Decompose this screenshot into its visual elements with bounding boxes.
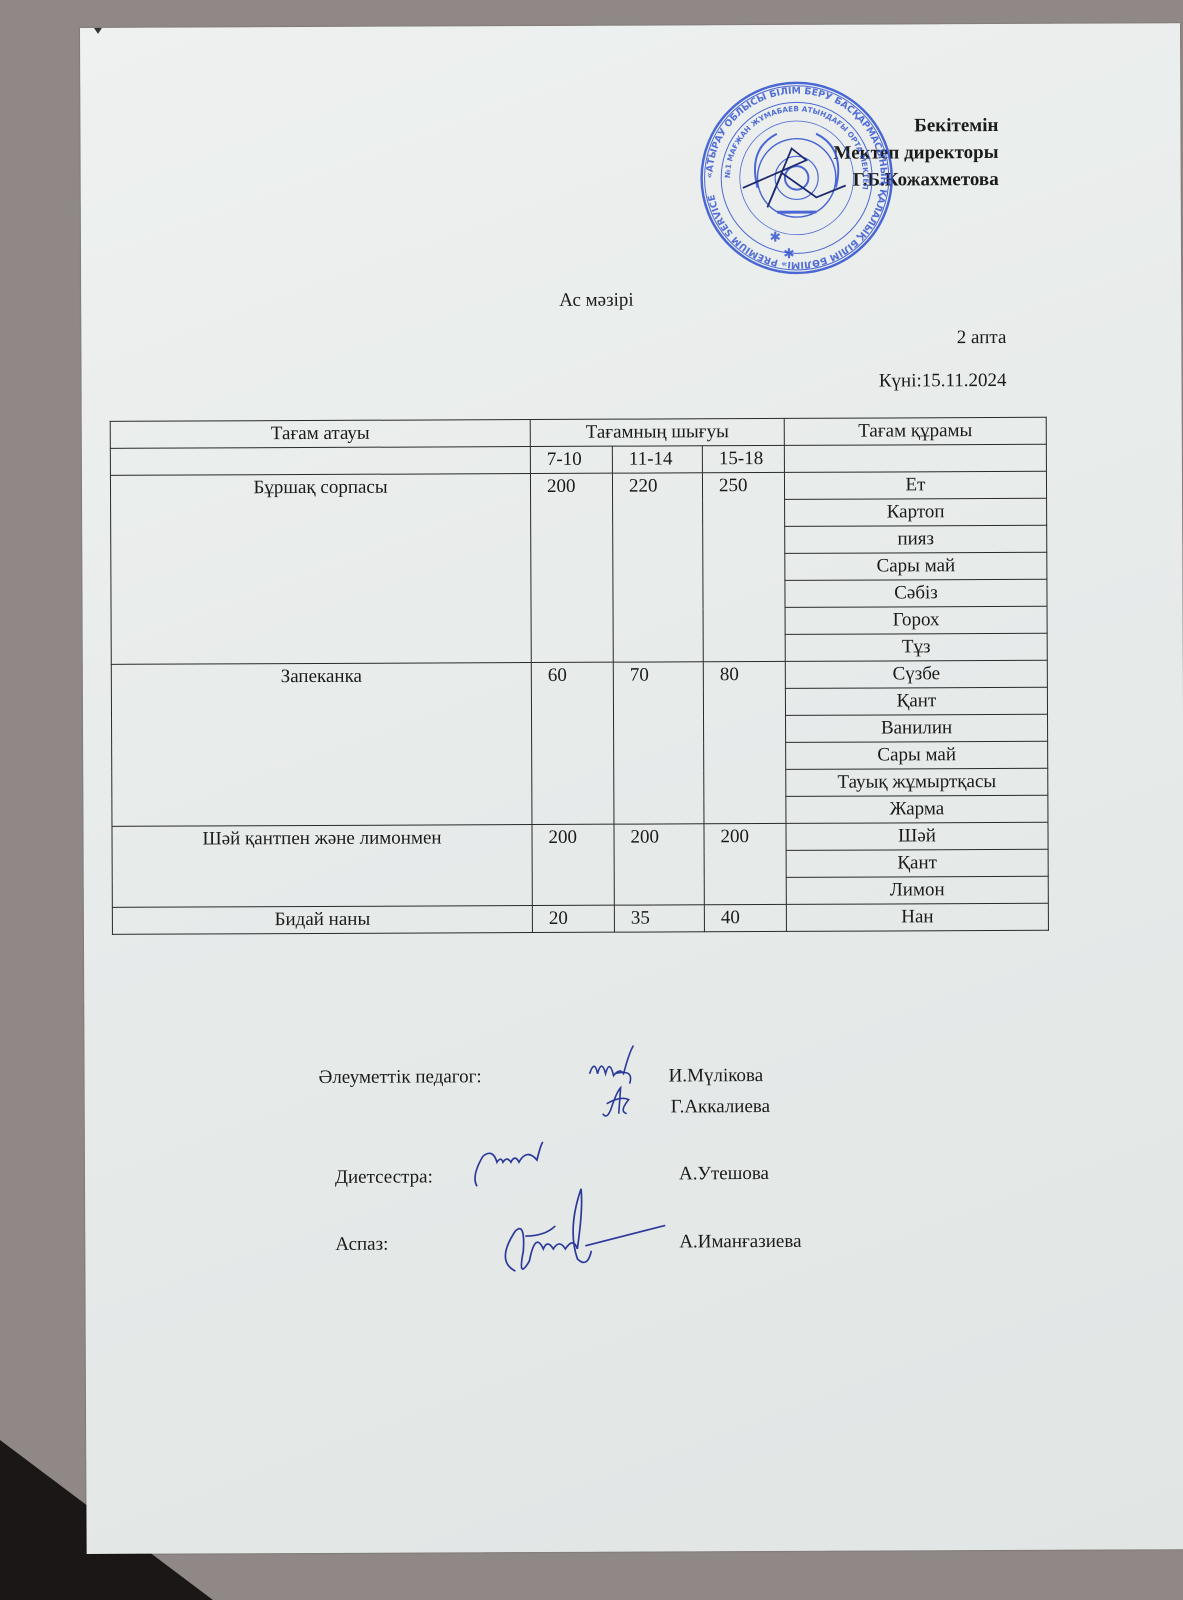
ingredient: Ванилин bbox=[786, 714, 1048, 742]
ingredient: Картоп bbox=[785, 498, 1047, 526]
approval-line-3: Г.Б.Кожахметова bbox=[834, 166, 999, 194]
menu-table: Тағам атауы Тағамның шығуы Тағам құрамы … bbox=[110, 417, 1049, 935]
signature-name-uteshova: А.Утешова bbox=[679, 1163, 769, 1185]
ingredient: Шәй bbox=[786, 822, 1048, 850]
ingredient: пияз bbox=[785, 525, 1047, 553]
ingredient: Лимон bbox=[786, 876, 1048, 904]
portion-value: 200 bbox=[530, 473, 613, 662]
approval-block: Бекітемін Мектеп директоры Г.Б.Кожахмето… bbox=[833, 112, 998, 194]
table-header-row: Тағам атауы Тағамның шығуы Тағам құрамы bbox=[110, 417, 1046, 448]
signature-role-social-pedagogue: Әлеуметтік педагог: bbox=[319, 1066, 482, 1089]
dish-name: Бұршақ сорпасы bbox=[110, 474, 531, 665]
dish-name: Бидай наны bbox=[112, 906, 532, 935]
svg-text:✱: ✱ bbox=[783, 246, 795, 262]
table-row: Шәй қантпен және лимонмен200200200Шәй bbox=[112, 822, 1048, 853]
ingredient: Сары май bbox=[786, 741, 1048, 769]
dish-name: Запеканка bbox=[111, 663, 532, 827]
signature-name-mulikova: И.Мүлікова bbox=[669, 1065, 764, 1087]
signature-role-cook: Аспаз: bbox=[335, 1234, 388, 1256]
ingredient: Нан bbox=[786, 903, 1048, 931]
header-age-7-10: 7-10 bbox=[530, 446, 612, 473]
portion-value: 220 bbox=[612, 473, 703, 662]
page-title: Ас мәзірі bbox=[559, 290, 634, 312]
header-empty bbox=[110, 447, 530, 476]
ingredient: Қант bbox=[786, 849, 1048, 877]
table-row: Запеканка607080Сүзбе bbox=[111, 660, 1047, 691]
date-label: Күні:15.11.2024 bbox=[879, 370, 1007, 393]
table-subheader-row: 7-10 11-14 15-18 bbox=[110, 444, 1046, 475]
ingredient: Сары май bbox=[785, 552, 1047, 580]
signature-scribble-dietitian-icon bbox=[465, 1136, 615, 1197]
ingredient: Тұз bbox=[785, 633, 1047, 661]
header-composition: Тағам құрамы bbox=[784, 417, 1046, 445]
portion-value: 60 bbox=[531, 662, 614, 824]
ingredient: Горох bbox=[785, 606, 1047, 634]
header-output: Тағамның шығуы bbox=[530, 418, 784, 446]
signature-name-imangazieva: А.Иманғазиева bbox=[679, 1231, 801, 1254]
svg-text:✱: ✱ bbox=[769, 230, 781, 246]
portion-value: 80 bbox=[703, 661, 786, 823]
table-row: Бұршақ сорпасы200220250Ет bbox=[110, 471, 1046, 502]
dish-name: Шәй қантпен және лимонмен bbox=[112, 825, 532, 908]
approval-line-2: Мектеп директоры bbox=[833, 139, 998, 167]
portion-value: 35 bbox=[614, 905, 704, 932]
signature-role-dietitian: Диетсестра: bbox=[335, 1166, 433, 1188]
portion-value: 20 bbox=[532, 905, 614, 932]
header-age-15-18: 15-18 bbox=[702, 445, 784, 472]
week-label: 2 апта bbox=[957, 327, 1007, 349]
signature-name-akkalieva: Г.Аккалиева bbox=[671, 1096, 770, 1118]
ingredient: Қант bbox=[785, 687, 1047, 715]
ingredient: Сәбіз bbox=[785, 579, 1047, 607]
approval-line-1: Бекітемін bbox=[833, 112, 998, 140]
portion-value: 200 bbox=[704, 823, 786, 904]
ingredient: Жарма bbox=[786, 795, 1048, 823]
ingredient: Тауық жұмыртқасы bbox=[786, 768, 1048, 796]
portion-value: 250 bbox=[702, 472, 785, 661]
portion-value: 40 bbox=[704, 904, 786, 931]
menu-document: Бекітемін Мектеп директоры Г.Б.Кожахмето… bbox=[80, 23, 1183, 1554]
ingredient: Ет bbox=[784, 471, 1046, 499]
portion-value: 70 bbox=[613, 662, 704, 824]
table-row: Бидай наны203540Нан bbox=[112, 903, 1048, 934]
ingredient: Сүзбе bbox=[785, 660, 1047, 688]
paper-mark bbox=[94, 28, 102, 34]
signature-scribble-cook-icon bbox=[465, 1175, 685, 1286]
portion-value: 200 bbox=[532, 824, 614, 905]
header-empty-composition bbox=[784, 444, 1046, 472]
header-age-11-14: 11-14 bbox=[612, 446, 702, 473]
header-dish-name: Тағам атауы bbox=[110, 420, 530, 449]
portion-value: 200 bbox=[614, 824, 704, 905]
signature-scribble-social-pedagogues-icon bbox=[584, 1043, 664, 1123]
